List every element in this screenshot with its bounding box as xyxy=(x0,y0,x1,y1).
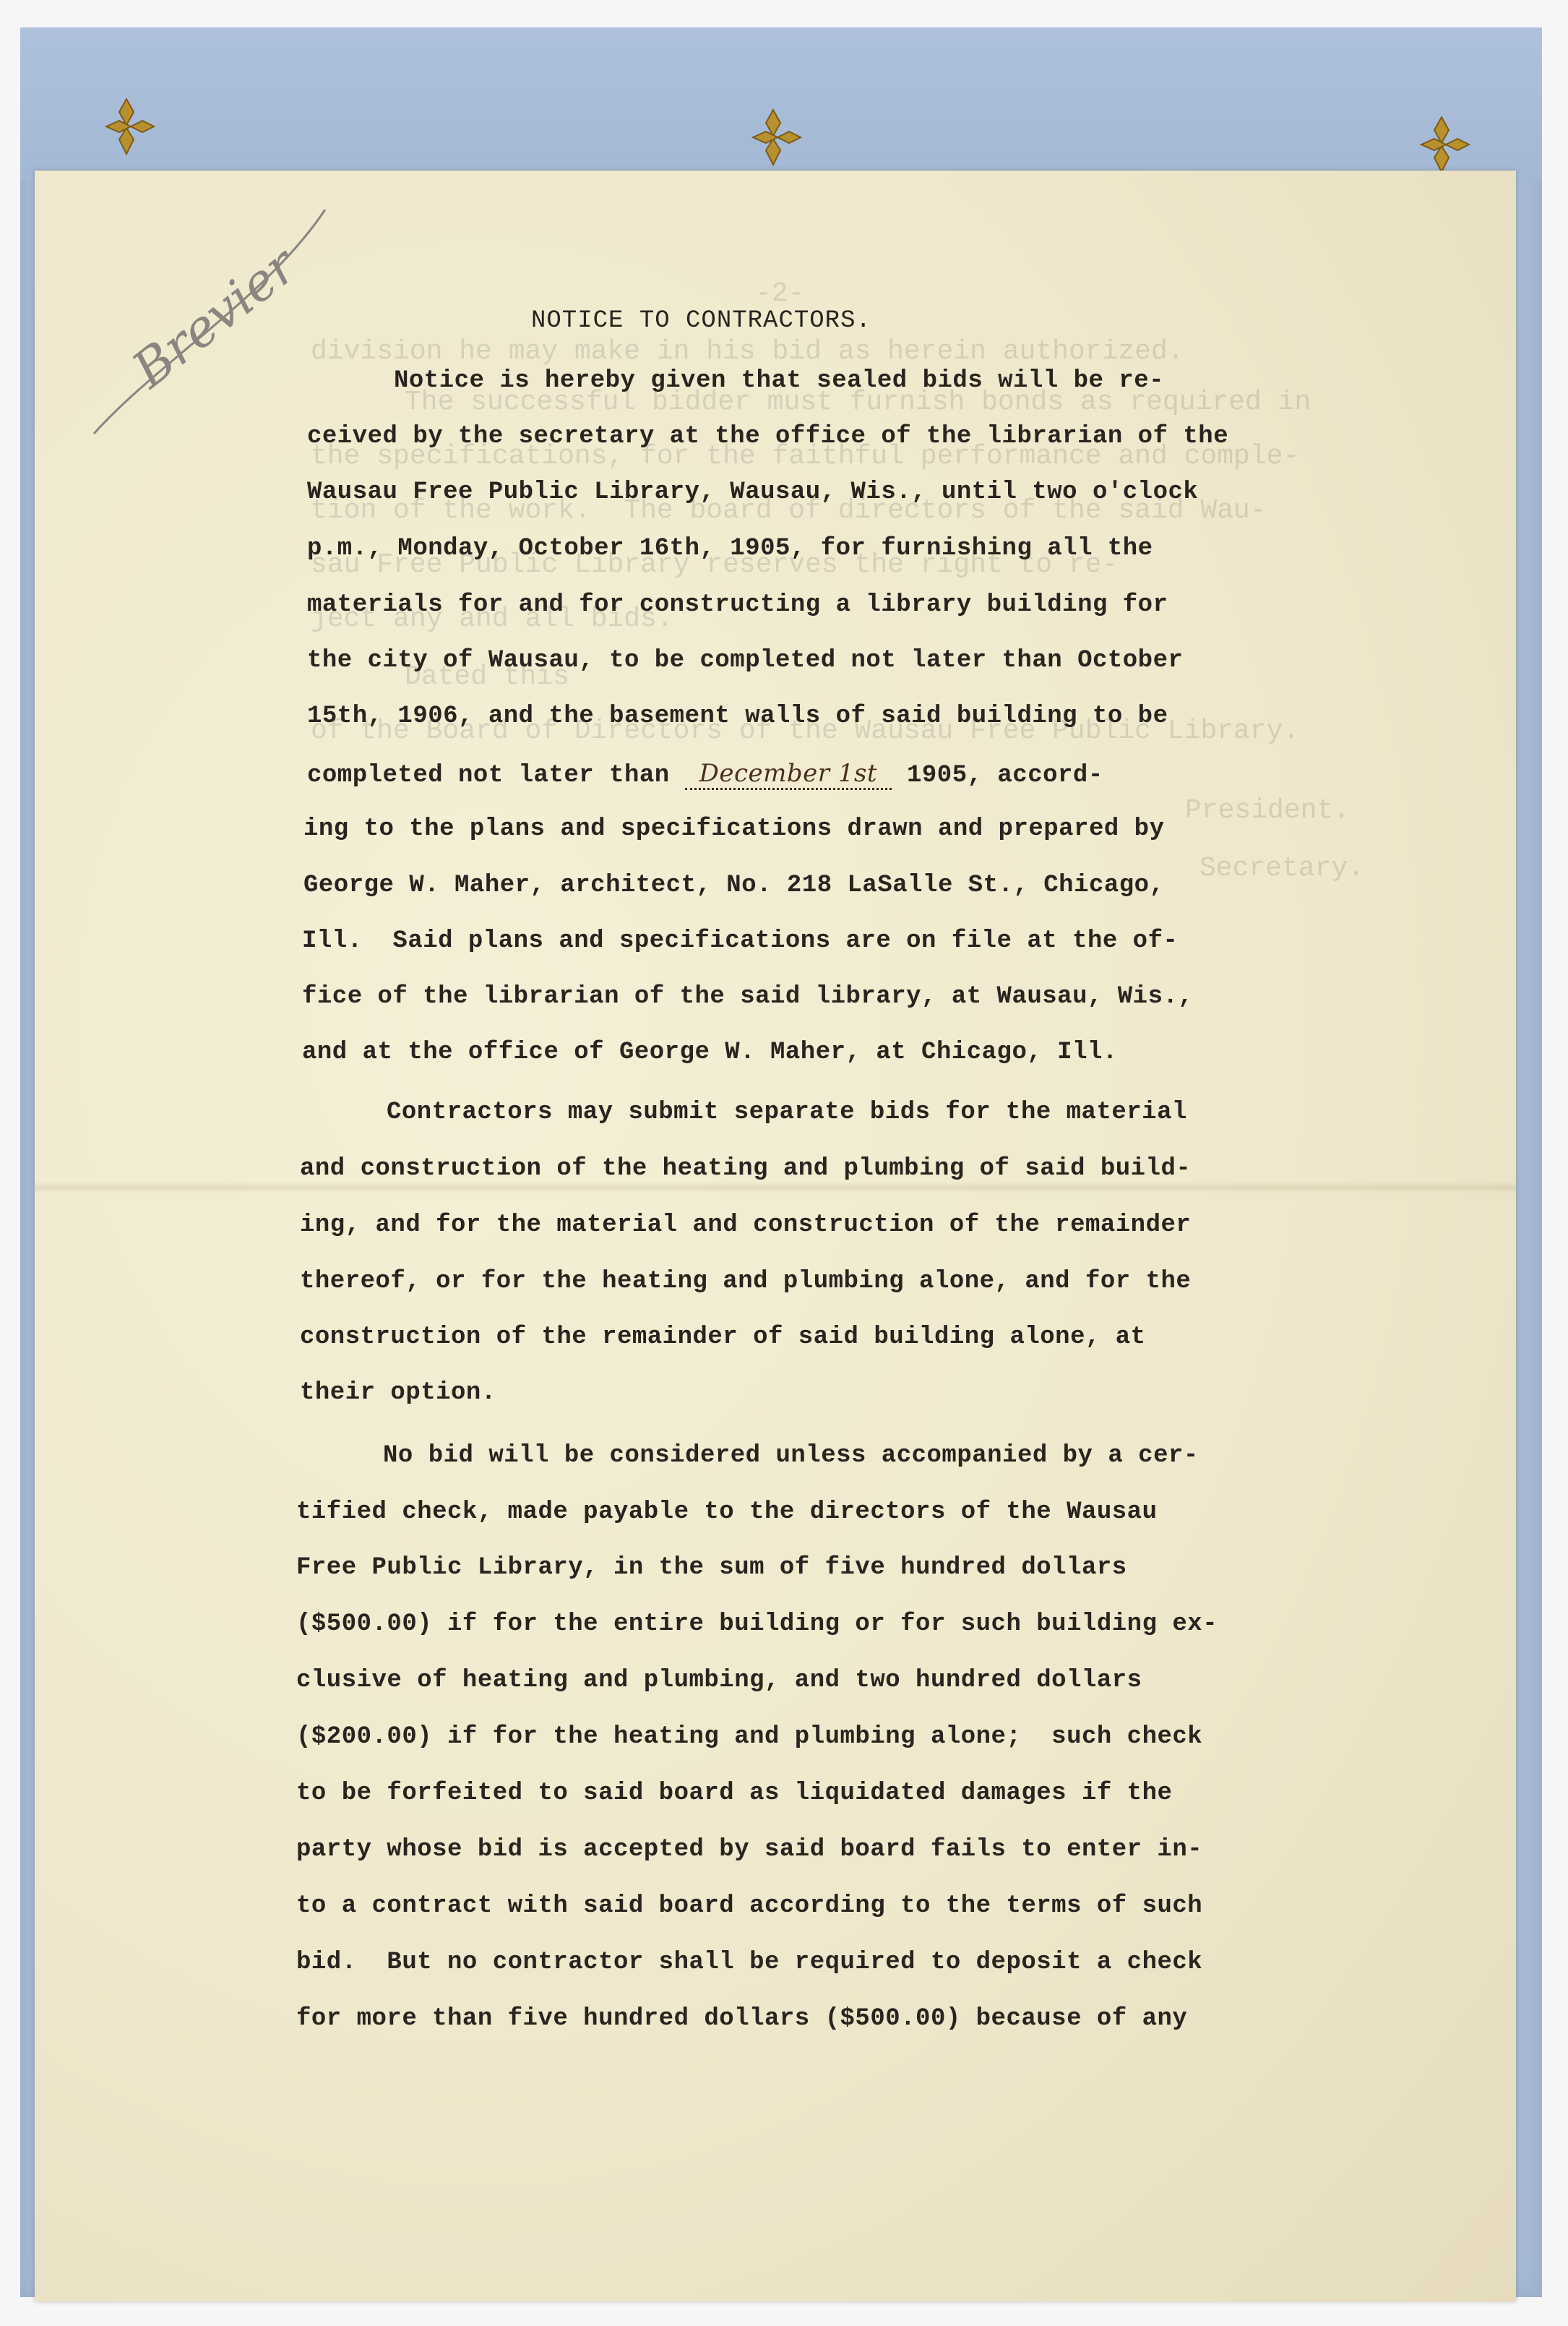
text-line: construction of the remainder of said bu… xyxy=(300,1323,1146,1351)
text-line: ($500.00) if for the entire building or … xyxy=(296,1610,1218,1638)
text-line: Ill. Said plans and specifications are o… xyxy=(302,927,1178,955)
text-line: for more than five hundred dollars ($500… xyxy=(296,2005,1187,2033)
text-line: ceived by the secretary at the office of… xyxy=(307,423,1228,450)
text-line: Wausau Free Public Library, Wausau, Wis.… xyxy=(307,478,1198,506)
text-line: thereof, or for the heating and plumbing… xyxy=(300,1268,1191,1295)
text-line: and at the office of George W. Maher, at… xyxy=(302,1039,1118,1066)
text-line: ing to the plans and specifications draw… xyxy=(303,815,1165,843)
text-line: clusive of heating and plumbing, and two… xyxy=(296,1667,1142,1694)
text-line: completed not later than December 1st 19… xyxy=(307,759,1103,789)
text-line: to be forfeited to said board as liquida… xyxy=(296,1780,1172,1807)
text-line: Notice is hereby given that sealed bids … xyxy=(394,367,1164,395)
text-line: fice of the librarian of the said librar… xyxy=(302,983,1193,1010)
typed-notice: NOTICE TO CONTRACTORS. Notice is hereby … xyxy=(0,0,1568,2326)
page-title: NOTICE TO CONTRACTORS. xyxy=(531,307,871,335)
text-line: Contractors may submit separate bids for… xyxy=(387,1099,1187,1126)
text-line: their option. xyxy=(300,1379,496,1407)
text-line: tified check, made payable to the direct… xyxy=(296,1498,1158,1526)
text-line: Free Public Library, in the sum of five … xyxy=(296,1554,1127,1582)
text-line: p.m., Monday, October 16th, 1905, for fu… xyxy=(307,535,1153,562)
text-line: and construction of the heating and plum… xyxy=(300,1155,1191,1183)
text-line: 15th, 1906, and the basement walls of sa… xyxy=(307,703,1168,730)
handwritten-date: December 1st xyxy=(685,759,892,790)
text-line: bid. But no contractor shall be required… xyxy=(296,1949,1202,1976)
text-line: to a contract with said board according … xyxy=(296,1892,1202,1920)
text-line: ($200.00) if for the heating and plumbin… xyxy=(296,1723,1202,1751)
text-line: party whose bid is accepted by said boar… xyxy=(296,1836,1202,1863)
text-line: No bid will be considered unless accompa… xyxy=(383,1442,1199,1469)
text-line: the city of Wausau, to be completed not … xyxy=(307,647,1183,674)
text-line: ing, and for the material and constructi… xyxy=(300,1211,1191,1239)
text-line: George W. Maher, architect, No. 218 LaSa… xyxy=(303,872,1165,899)
text-line: materials for and for constructing a lib… xyxy=(307,591,1168,619)
